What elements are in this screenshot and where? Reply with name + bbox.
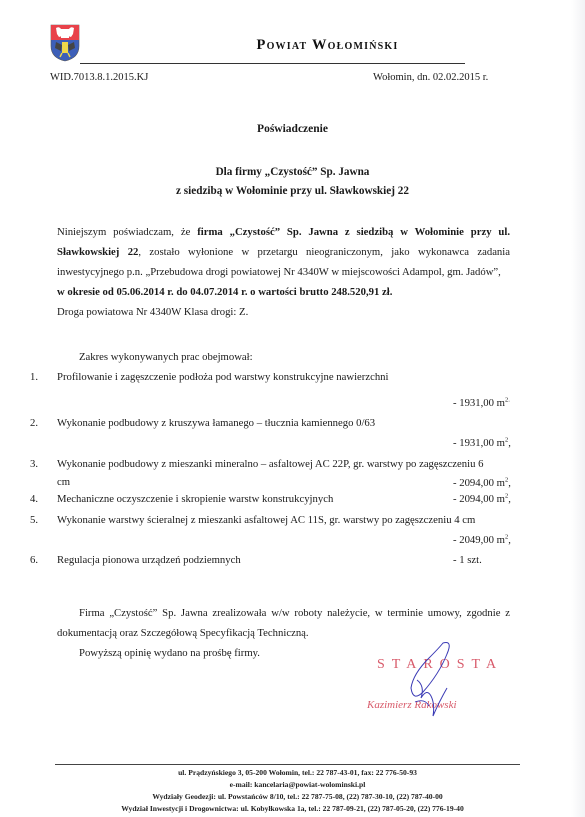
work-item-description: Regulacja pionowa urządzeń podziemnych — [57, 554, 241, 566]
scan-edge-shadow — [571, 0, 585, 817]
work-item-quantity: - 1931,00 m2, — [453, 437, 511, 449]
work-item-number: 4. — [30, 493, 38, 505]
body-line-2: Sławkowskiej 22, zostało wyłonione w prz… — [57, 242, 510, 262]
body-line-3: inwestycyjnego p.n. „Przebudowa drogi po… — [57, 262, 510, 282]
scope-label: Zakres wykonywanych prac obejmował: — [79, 351, 253, 363]
certification-paragraph: Niniejszym poświadczam, że firma „Czysto… — [57, 222, 510, 322]
footer-investment-dept: Wydział Inwestycji i Drogownictwa: ul. K… — [0, 804, 585, 813]
work-item-number: 3. — [30, 458, 38, 470]
work-item-description-continued: cm — [57, 476, 70, 488]
issuer-title: Powiat Wołomiński — [0, 37, 585, 54]
document-title: Poświadczenie — [0, 123, 585, 135]
reference-number: WID.7013.8.1.2015.KJ — [50, 72, 148, 83]
body-line-1: Niniejszym poświadczam, że firma „Czysto… — [57, 222, 510, 242]
footer-address: ul. Prądzyńskiego 3, 05-200 Wołomin, tel… — [0, 768, 585, 777]
header-divider — [80, 63, 465, 64]
work-item-quantity: - 2094,00 m2, — [453, 493, 511, 505]
unit-exponent: 2 — [505, 533, 508, 540]
work-item-number: 1. — [30, 371, 38, 383]
closing-line-1: Firma „Czystość” Sp. Jawna zrealizowała … — [57, 603, 510, 623]
work-item-number: 2. — [30, 417, 38, 429]
road-class-line: Droga powiatowa Nr 4340W Klasa drogi: Z. — [57, 302, 510, 322]
work-item-description: Profilowanie i zagęszczenie podłoża pod … — [57, 371, 389, 383]
footer-email: e-mail: kancelaria@powiat-wolominski.pl — [0, 780, 585, 789]
unit-exponent: 2. — [505, 396, 510, 403]
work-item-number: 6. — [30, 554, 38, 566]
work-item-description: Wykonanie podbudowy z mieszanki mineraln… — [57, 458, 483, 470]
work-item-description: Wykonanie warstwy ścieralnej z mieszanki… — [57, 514, 475, 526]
unit-exponent: 2 — [505, 492, 508, 499]
footer-divider — [55, 764, 520, 765]
work-item-quantity: - 1931,00 m2. — [453, 397, 510, 409]
work-item-description: Wykonanie podbudowy z kruszywa łamanego … — [57, 417, 375, 429]
footer-geodesy-dept: Wydziały Geodezji: ul. Powstańców 8/10, … — [0, 792, 585, 801]
recipient-line-1: Dla firmy „Czystość” Sp. Jawna — [0, 166, 585, 178]
work-item-quantity: - 1 szt. — [453, 554, 482, 566]
place-and-date: Wołomin, dn. 02.02.2015 r. — [373, 72, 488, 83]
work-item-number: 5. — [30, 514, 38, 526]
work-item-quantity: - 2049,00 m2, — [453, 534, 511, 546]
work-item-quantity: - 2094,00 m2, — [453, 477, 511, 489]
contract-period-value: w okresie od 05.06.2014 r. do 04.07.2014… — [57, 282, 510, 302]
unit-exponent: 2 — [505, 436, 508, 443]
work-item-description: Mechaniczne oczyszczenie i skropienie wa… — [57, 493, 333, 505]
recipient-line-2: z siedzibą w Wołominie przy ul. Sławkows… — [0, 185, 585, 197]
unit-exponent: 2 — [505, 476, 508, 483]
handwritten-signature-icon — [395, 640, 465, 720]
